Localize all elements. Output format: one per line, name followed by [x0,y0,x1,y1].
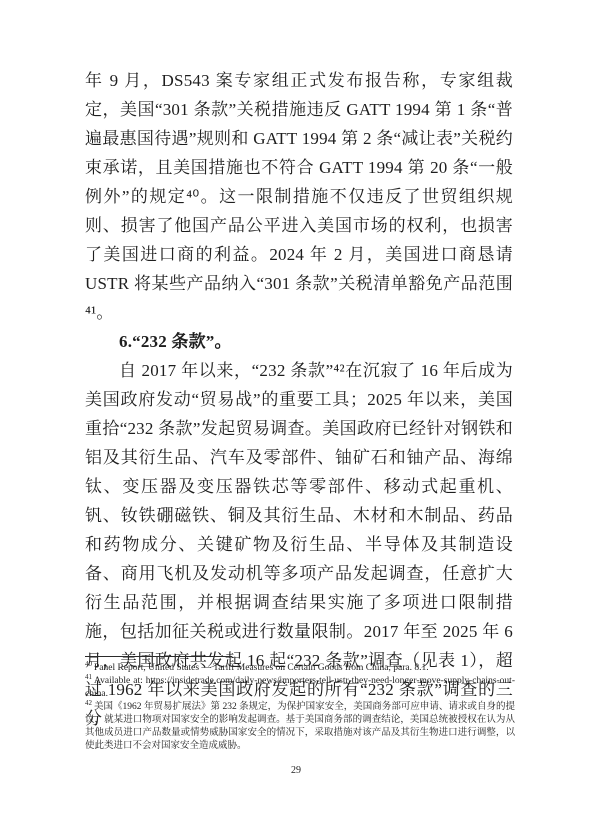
footnote-41-marker: 41 [85,673,92,681]
footnote-41-text: Available at: https://insidetrade.com/da… [85,676,515,699]
footnote-separator-line [85,656,232,657]
document-page: 年 9 月，DS543 案专家组正式发布报告称，专家组裁定，美国“301 条款”… [0,0,592,824]
footnote-40-marker: 40 [85,660,92,668]
footnote-40-text: Panel Report, United States — Tariff Mea… [94,663,429,673]
section-heading-232: 6.“232 条款”。 [85,327,513,356]
footnote-42: 42美国《1962 年贸易扩展法》第 232 条规定，为保护国家安全，美国商务部… [85,701,515,753]
footnote-42-text: 美国《1962 年贸易扩展法》第 232 条规定，为保护国家安全，美国商务部可应… [85,702,515,751]
footnote-40: 40Panel Report, United States — Tariff M… [85,662,515,675]
footnote-41: 41Available at: https://insidetrade.com/… [85,675,515,701]
page-number: 29 [0,765,592,776]
footnotes-section: 40Panel Report, United States — Tariff M… [85,656,515,753]
body-text-block: 年 9 月，DS543 案专家组正式发布报告称，专家组裁定，美国“301 条款”… [85,66,513,733]
paragraph-301-continuation: 年 9 月，DS543 案专家组正式发布报告称，专家组裁定，美国“301 条款”… [85,66,513,327]
footnote-42-marker: 42 [85,699,92,707]
